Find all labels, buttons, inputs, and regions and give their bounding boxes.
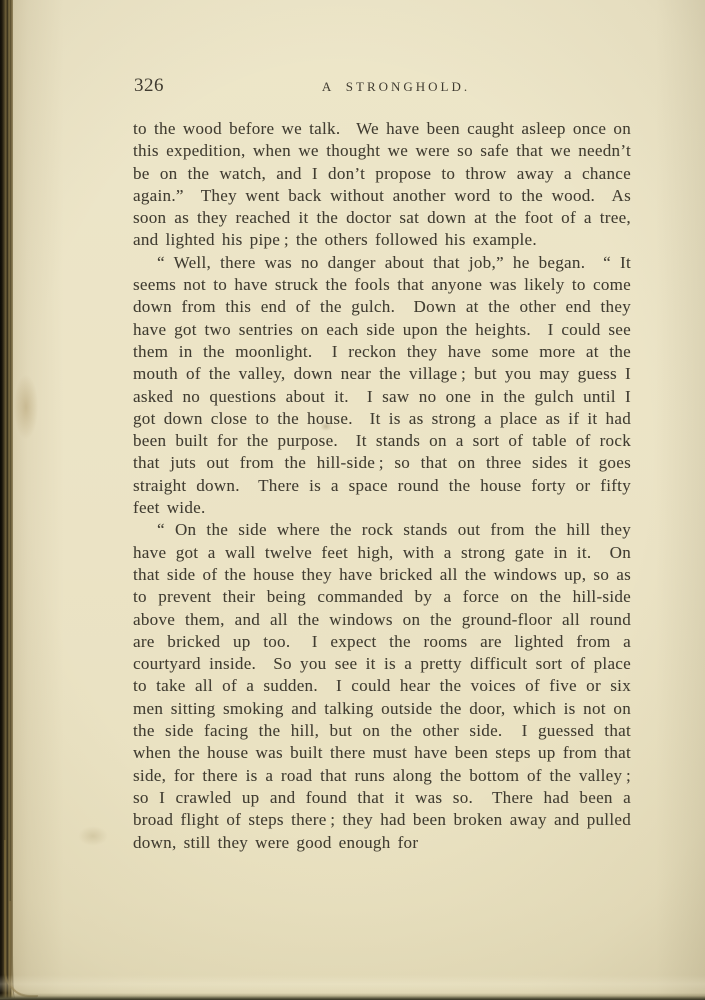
running-title: A STRONGHOLD. — [322, 80, 470, 93]
page-bottom-band — [0, 975, 705, 993]
page-header: 326 A STRONGHOLD. — [133, 76, 631, 102]
paragraph: to the wood before we talk. We have been… — [133, 118, 631, 252]
page-bottom-edge — [0, 993, 705, 1000]
page-content: 326 A STRONGHOLD. to the wood before we … — [133, 76, 631, 854]
body-text: to the wood before we talk. We have been… — [133, 118, 631, 854]
paper-stain — [78, 826, 108, 846]
paragraph: “ Well, there was no danger about that j… — [133, 252, 631, 520]
paper-stain — [14, 375, 38, 439]
page-number: 326 — [134, 76, 164, 95]
scanned-book-page: 326 A STRONGHOLD. to the wood before we … — [0, 0, 705, 1000]
paragraph: “ On the side where the rock stands out … — [133, 519, 631, 853]
